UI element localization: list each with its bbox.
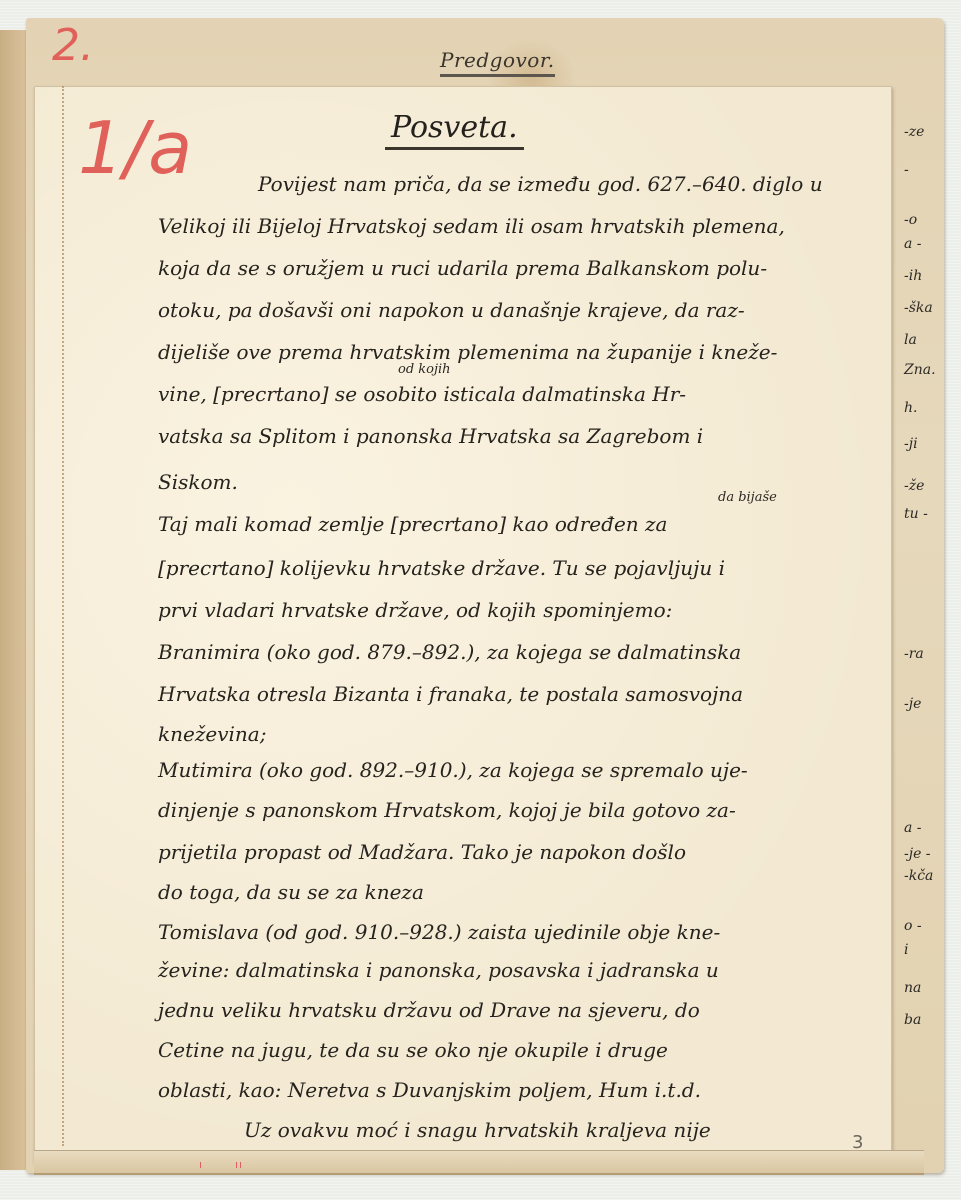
margin-fragment: -ra [904,646,924,662]
margin-fragment: h. [904,400,917,416]
text-line: Mutimira (oko god. 892.–910.), za kojega… [158,758,748,782]
text-line: Hrvatska otresla Bizanta i franaka, te p… [158,682,743,706]
margin-fragment: -je - [904,846,931,862]
text-line: Povijest nam priča, da se između god. 62… [258,172,823,196]
red-folio-number: 2. [52,20,94,71]
text-line: Taj mali komad zemlje [precrtano] kao od… [158,512,667,536]
text-line: Cetine na jugu, te da su se oko nje okup… [158,1038,668,1062]
text-line: Branimira (oko god. 879.–892.), za kojeg… [158,640,741,664]
margin-fragment: -je [904,696,921,712]
text-line: dinjenje s panonskom Hrvatskom, kojoj je… [158,798,736,822]
margin-fragment: -ji [904,436,918,452]
text-line: do toga, da su se za kneza [158,880,424,904]
margin-fragment: a - [904,236,922,252]
margin-fragment: -kča [904,868,933,884]
margin-fragment: -ze [904,124,924,140]
text-line: vatska sa Splitom i panonska Hrvatska sa… [158,424,703,448]
interlinear-insertion: da bijaše [718,490,777,505]
margin-fragment: a - [904,820,922,836]
margin-fragment: na [904,980,921,996]
text-line: Siskom. [158,470,238,494]
text-line: prijetila propast od Madžara. Tako je na… [158,840,686,864]
text-line: Velikoj ili Bijeloj Hrvatskoj sedam ili … [158,214,785,238]
red-page-marker: 1/a [78,106,192,190]
red-tick-mark [236,1162,237,1168]
text-line: prvi vladari hrvatske države, od kojih s… [158,598,672,622]
text-line: vine, [precrtano] se osobito isticala da… [158,382,686,406]
margin-fragment: ba [904,1012,921,1028]
fold-line [62,86,64,1146]
red-tick-mark [240,1162,241,1168]
text-line: Uz ovakvu moć i snagu hrvatskih kraljeva… [244,1118,711,1142]
text-line: koja da se s oružjem u ruci udarila prem… [158,256,767,280]
text-line: otoku, pa došavši oni napokon u današnje… [158,298,745,322]
text-line: [precrtano] kolijevku hrvatske države. T… [158,556,725,580]
margin-fragment: -o [904,212,917,228]
interlinear-insertion: od kojih [398,362,451,377]
right-margin-fragments: -ze - -o a - -ih -ška la Zna. h. -ji -že… [900,100,940,1120]
text-line: Tomislava (od god. 910.–928.) zaista uje… [158,920,720,944]
margin-fragment: o - [904,918,922,934]
margin-fragment: la [904,332,917,348]
margin-fragment: -ih [904,268,922,284]
back-sheet-title: Predgovor. [440,48,555,77]
text-line: oblasti, kao: Neretva s Duvanjskim polje… [158,1078,701,1102]
margin-fragment: Zna. [904,362,936,378]
margin-fragment: - [904,162,909,178]
text-line: ževine: dalmatinska i panonska, posavska… [158,958,719,982]
margin-fragment: -ška [904,300,933,316]
text-line: jednu veliku hrvatsku državu od Drave na… [158,998,700,1022]
margin-fragment: i [904,942,908,958]
margin-fragment: tu - [904,506,928,522]
margin-fragment: -že [904,478,924,494]
text-line: kneževina; [158,722,266,746]
red-tick-mark [200,1162,201,1168]
page-heading: Posveta. [385,110,524,150]
page-stack-edge [34,1150,924,1175]
text-line: dijeliše ove prema hrvatskim plemenima n… [158,340,777,364]
